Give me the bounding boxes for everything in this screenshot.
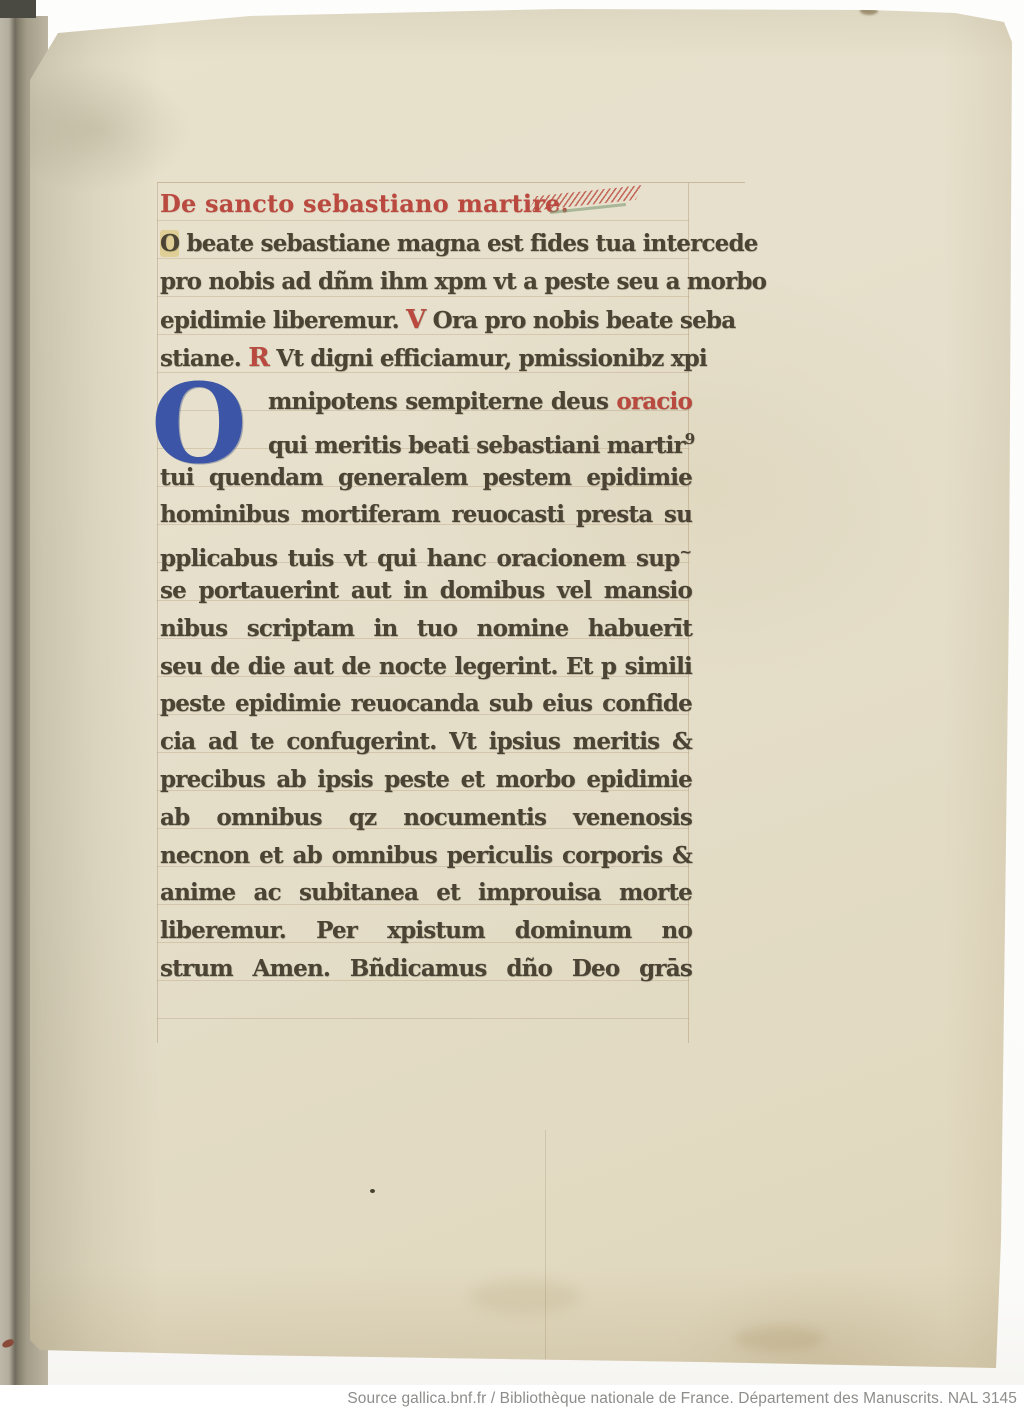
prayer-text: anime ac subitanea et improuisa morte bbox=[160, 879, 692, 906]
antiphon-line-1: O beate sebastiane magna est fides tua i… bbox=[160, 225, 692, 263]
versicle-mark: V bbox=[406, 305, 425, 335]
prayer-line-4: hominibus mortiferam reuocasti presta su bbox=[160, 496, 692, 534]
antiphon-line-3: epidimie liberemur. V Ora pro nobis beat… bbox=[160, 301, 692, 339]
prayer-text: se portauerint aut in domibus vel mansio bbox=[160, 577, 692, 604]
prayer-line-15: liberemur. Per xpistum dominum no bbox=[160, 912, 692, 950]
manuscript-page: De sancto sebastiano martire. O beate se… bbox=[0, 0, 1024, 1416]
prayer-text: liberemur. Per xpistum dominum no bbox=[160, 917, 692, 944]
prayer-line-10: cia ad te confugerint. Vt ipsius meritis… bbox=[160, 723, 692, 761]
parchment-fleck bbox=[860, 6, 878, 15]
prayer-text: strum Amen. Bñdicamus dño Deo grās bbox=[160, 955, 692, 982]
prayer-line-6: se portauerint aut in domibus vel mansio bbox=[160, 572, 692, 610]
prayer-line-8: seu de die aut de nocte legerint. Et p s… bbox=[160, 648, 692, 686]
prayer-line-5: pplicabus tuis vt qui hanc oracionem sup… bbox=[160, 534, 692, 572]
oracio-rubric: oracio bbox=[616, 388, 692, 415]
parchment-stain bbox=[470, 1280, 580, 1314]
antiphon-text: Vt digni efficiamur, pmissionibz xpi bbox=[269, 345, 707, 372]
antiphon-text: pro nobis ad dñm ihm xpm vt a peste seu … bbox=[160, 268, 766, 295]
prayer-text: precibus ab ipsis peste et morbo epidimi… bbox=[160, 766, 692, 793]
prayer-line-9: peste epidimie reuocanda sub eius confid… bbox=[160, 685, 692, 723]
antiphon-text: Ora pro nobis beate seba bbox=[425, 307, 735, 334]
response-mark: R bbox=[248, 343, 269, 373]
source-credit: Source gallica.bnf.fr / Bibliothèque nat… bbox=[347, 1390, 1017, 1408]
prayer-text: mnipotens sempiterne deus bbox=[268, 388, 616, 415]
parchment-speck bbox=[370, 1189, 375, 1193]
antiphon-line-2: pro nobis ad dñm ihm xpm vt a peste seu … bbox=[160, 263, 692, 301]
gallica-credit-bar: Source gallica.bnf.fr / Bibliothèque nat… bbox=[0, 1385, 1024, 1416]
abbreviation-mark: ~ bbox=[679, 543, 692, 561]
prayer-text: hominibus mortiferam reuocasti presta su bbox=[160, 501, 692, 528]
abbreviation-mark: 9 bbox=[685, 430, 695, 448]
prayer-text: cia ad te confugerint. Vt ipsius meritis… bbox=[160, 728, 692, 755]
text-block: De sancto sebastiano martire. O beate se… bbox=[160, 183, 692, 988]
prayer-text: nibus scriptam in tuo nomine habuerīt bbox=[160, 615, 692, 642]
prayer-text: ab omnibus qz nocumentis venenosis bbox=[160, 804, 692, 831]
antiphon-text: epidimie liberemur. bbox=[160, 307, 406, 334]
ruling-left-vertical bbox=[157, 183, 158, 1043]
rubric-text: De sancto sebastiano martire. bbox=[160, 189, 569, 218]
prayer-line-13: necnon et ab omnibus periculis corporis … bbox=[160, 837, 692, 875]
prayer-line-16: strum Amen. Bñdicamus dño Deo grās bbox=[160, 950, 692, 988]
scanned-manuscript-photo: De sancto sebastiano martire. O beate se… bbox=[0, 0, 1024, 1416]
prayer-text: peste epidimie reuocanda sub eius confid… bbox=[160, 690, 692, 717]
prayer-text: necnon et ab omnibus periculis corporis … bbox=[160, 842, 692, 869]
prayer-line-7: nibus scriptam in tuo nomine habuerīt bbox=[160, 610, 692, 648]
prayer-block: O mnipotens sempiterne deus oracio qui m… bbox=[160, 383, 692, 988]
prayer-line-12: ab omnibus qz nocumentis venenosis bbox=[160, 799, 692, 837]
antiphon-text: beate sebastiane magna est fides tua int… bbox=[179, 230, 757, 257]
rubric-line: De sancto sebastiano martire. bbox=[160, 183, 692, 225]
illuminated-initial: O bbox=[151, 376, 265, 472]
prayer-line-14: anime ac subitanea et improuisa morte bbox=[160, 874, 692, 912]
washed-initial: O bbox=[160, 230, 179, 257]
prayer-text: qui meritis beati sebastiani martir bbox=[268, 432, 685, 459]
prayer-text: seu de die aut de nocte legerint. Et p s… bbox=[160, 653, 692, 680]
prayer-text: pplicabus tuis vt qui hanc oracionem sup bbox=[160, 545, 679, 572]
prayer-line-11: precibus ab ipsis peste et morbo epidimi… bbox=[160, 761, 692, 799]
parchment-stain bbox=[735, 1326, 825, 1352]
parchment-crease bbox=[545, 1130, 546, 1360]
binding-top-edge bbox=[0, 0, 36, 18]
